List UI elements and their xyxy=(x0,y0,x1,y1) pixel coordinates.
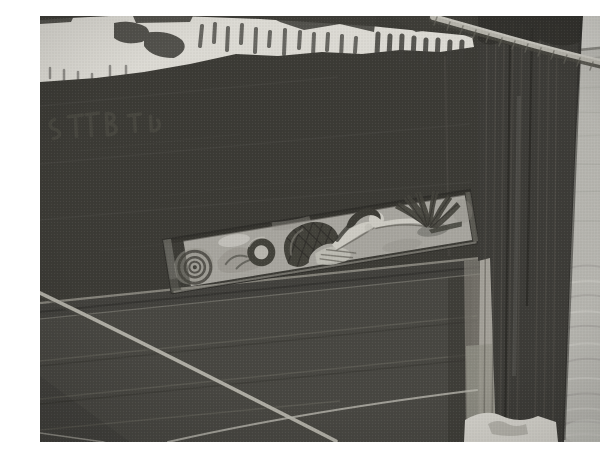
vignette xyxy=(40,16,600,442)
ship-bow-photograph: Bow of an old wooden sailing vessel lyin… xyxy=(40,16,600,442)
photo-canvas xyxy=(40,16,600,442)
photo-texture xyxy=(40,16,600,442)
